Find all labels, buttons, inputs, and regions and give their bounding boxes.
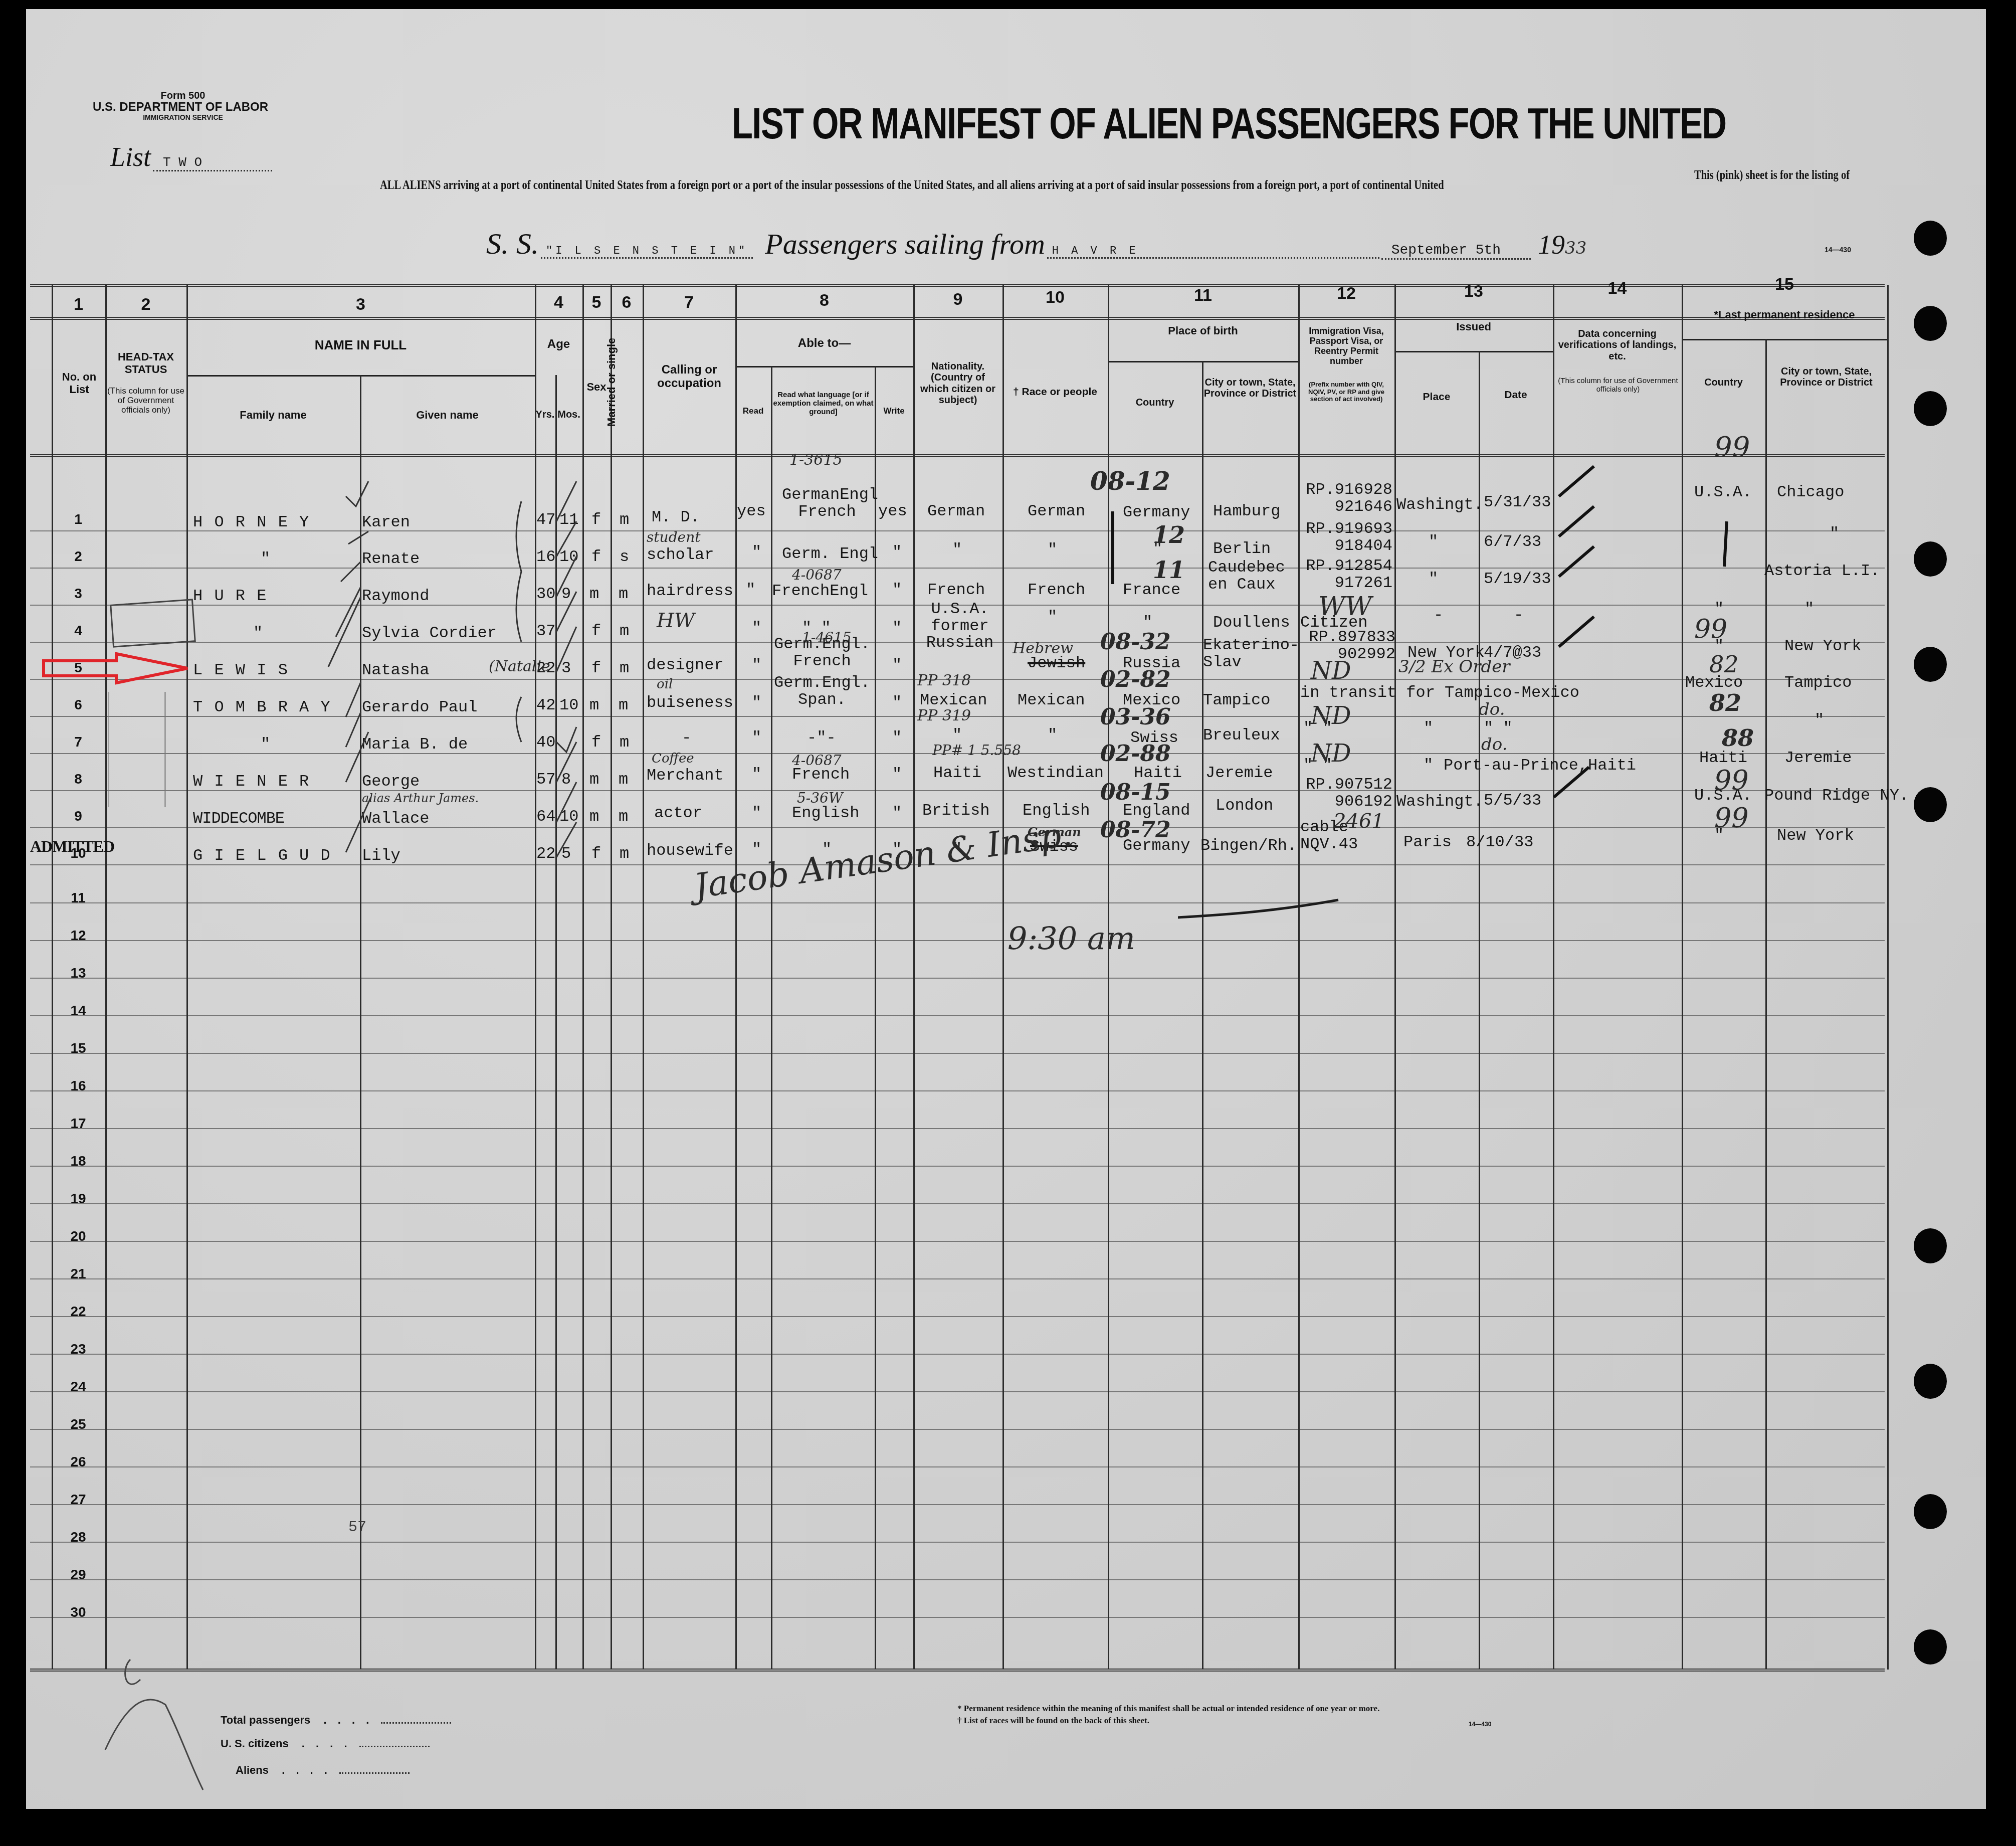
col-line: [186, 285, 188, 1670]
issued-date: 6/7/33: [1484, 533, 1541, 550]
issued-date: Port-au-Prince,Haiti: [1444, 757, 1636, 774]
birth-country: France: [1123, 582, 1180, 599]
col-line: [535, 285, 536, 1670]
header-residence-city: City or town, State, Province or Distric…: [1765, 366, 1887, 389]
punch-hole: [1914, 1364, 1947, 1399]
header-head-tax-status: HEAD-TAX STATUS: [106, 351, 185, 376]
race: ": [1048, 727, 1057, 744]
handwritten-cert-3: 4-0687: [792, 567, 842, 583]
issued-place: ": [1424, 757, 1433, 774]
row-rule: [30, 1053, 1885, 1054]
issued-date: -: [1514, 607, 1523, 624]
col-line: [1002, 285, 1004, 1670]
race: German: [1028, 503, 1085, 520]
can-read: ": [752, 544, 761, 561]
row-number: 11: [53, 890, 103, 906]
col-line: [1202, 361, 1203, 1670]
marital-status: m: [620, 734, 629, 751]
row-rule: [30, 1354, 1885, 1355]
issued-place: Washingt.: [1396, 496, 1483, 513]
age-months: 10: [559, 697, 578, 714]
header-last-residence: *Last permanent residence: [1682, 309, 1887, 321]
birth-city: London: [1216, 797, 1273, 814]
row-number: 1: [53, 511, 103, 527]
birth-city: Caudebec en Caux: [1208, 559, 1298, 593]
visa-number: RP.912854 917261: [1300, 558, 1392, 591]
row-number: 4: [53, 623, 103, 639]
row-number: 19: [53, 1191, 103, 1207]
col-line: [1765, 339, 1767, 1670]
race: Mexican: [1018, 692, 1085, 709]
family-name: ": [261, 736, 270, 753]
issued-place: Paris: [1403, 834, 1452, 851]
given-name: Gerardo Paul: [362, 699, 477, 716]
punch-hole: [1914, 787, 1947, 822]
languages: GermanEngl French: [782, 486, 872, 520]
row-rule: [30, 940, 1885, 941]
nationality: French: [927, 582, 985, 599]
row-number: 29: [53, 1567, 103, 1583]
row-rule: [30, 1241, 1885, 1242]
issued-date: 5/19/33: [1484, 571, 1551, 588]
family-name: H U R E: [193, 588, 267, 605]
residence-city: ": [1815, 712, 1824, 729]
handwritten-code: 08-15: [1100, 780, 1171, 805]
aliens-label: Aliens: [236, 1764, 269, 1776]
given-name: Wallace: [362, 810, 429, 827]
table-bottom-rule: [30, 1669, 1885, 1672]
marital-status: m: [619, 697, 628, 714]
given-name: Karen: [362, 514, 410, 531]
header-birth-country: Country: [1108, 397, 1202, 408]
row-rule: [30, 1278, 1885, 1279]
residence-country: U.S.A.: [1694, 484, 1752, 501]
nationality: U.S.A. former Russian: [917, 601, 1002, 651]
birth-city: Breuleux: [1203, 727, 1280, 744]
birth-city: Ekaterino- Slav: [1203, 637, 1298, 670]
header-bottom-rule: [30, 454, 1885, 457]
col-number: 6: [611, 293, 643, 312]
issued-place: -: [1434, 607, 1443, 624]
punch-hole: [1914, 541, 1947, 577]
dots: . . . .: [323, 1714, 373, 1726]
handwritten-alias: alias Arthur James.: [362, 791, 479, 805]
subtitle-line-1: ALL ALIENS arriving at a port of contine…: [380, 178, 1444, 193]
head-tax-stamp: [110, 599, 196, 647]
col-number: 5: [582, 293, 611, 312]
can-read: ": [752, 657, 761, 674]
birth-city: Hamburg: [1213, 503, 1280, 520]
col-line: [771, 366, 772, 1670]
handwritten-res-code: 82: [1709, 651, 1739, 678]
family-name: ": [261, 550, 270, 568]
marital-status: m: [620, 623, 629, 640]
family-name: ": [253, 625, 263, 642]
can-write: ": [892, 582, 902, 599]
can-write: ": [892, 729, 902, 747]
row-rule: [30, 978, 1885, 979]
residence-city: ": [1804, 601, 1814, 618]
age-years: 37: [536, 623, 555, 640]
languages: English: [792, 805, 859, 822]
sailing-date: September 5th: [1381, 243, 1531, 260]
visa-number: RP.919693 918404: [1300, 520, 1392, 554]
sailing-port: H A V R E: [1047, 245, 1379, 259]
marital-status: m: [619, 771, 628, 788]
row-number: 18: [53, 1153, 103, 1169]
handwritten-ditto: do.: [1479, 699, 1505, 719]
residence-city: Astoria L.I.: [1764, 563, 1880, 580]
issued-place: Washingt.: [1396, 793, 1483, 810]
col-number: 1: [52, 295, 105, 314]
sex: m: [589, 771, 599, 788]
handwritten-code: 08-12: [1090, 466, 1170, 496]
marital-status: m: [620, 845, 629, 862]
age-months: 9: [561, 586, 571, 603]
given-name: Renate: [362, 550, 420, 568]
subtitle-line-2: This (pink) sheet is for the listing of: [1694, 168, 1850, 182]
can-read: ": [752, 766, 761, 783]
us-citizens-label: U. S. citizens: [221, 1737, 289, 1750]
sex: f: [591, 660, 601, 677]
header-able-to: Able to—: [735, 337, 913, 350]
form-code-bottom: 14—430: [1469, 1721, 1491, 1728]
header-issued: Issued: [1394, 321, 1553, 333]
row-rule: [30, 1617, 1885, 1618]
race: French: [1028, 582, 1085, 599]
row-number: 16: [53, 1078, 103, 1094]
residence-city: ": [1830, 525, 1839, 542]
can-write: ": [892, 620, 902, 637]
row-rule: [30, 1466, 1885, 1467]
total-passengers-label: Total passengers: [221, 1714, 310, 1726]
col-line: [360, 375, 361, 1670]
handwritten-res-code: 99: [1714, 802, 1749, 834]
row-rule: [30, 1504, 1885, 1505]
occupation: hairdress: [647, 583, 733, 600]
handwritten-hw: HW: [657, 609, 695, 632]
row-number: 8: [53, 771, 103, 787]
row-rule: [30, 1166, 1885, 1167]
age-years: 22: [536, 845, 555, 862]
col-line: [1553, 285, 1554, 1670]
sex: m: [589, 586, 599, 603]
total-passengers-row: Total passengers . . . .: [221, 1714, 451, 1727]
handwritten-cert-8: 4-0687: [792, 752, 842, 769]
col-number: 4: [535, 293, 582, 312]
header-verifications: Data concerning verifications of landing…: [1556, 328, 1678, 362]
col-number: 15: [1682, 275, 1887, 294]
handwritten-code: 02-82: [1100, 667, 1171, 692]
header-verifications-note: (This column for use of Government offic…: [1558, 377, 1678, 394]
handwritten-code: 08-72: [1100, 817, 1171, 843]
form-code-top: 14—430: [1825, 246, 1851, 254]
handwritten-natalie: (Natalie: [489, 658, 550, 675]
residence-sub-rule: [1682, 339, 1887, 340]
col-line: [643, 285, 644, 1670]
total-passengers-field[interactable]: [381, 1722, 451, 1724]
languages: FrenchEngl: [772, 583, 868, 600]
row-number: 15: [53, 1040, 103, 1056]
handwritten-code: 03-36: [1100, 704, 1171, 730]
birth-city: Berlin: [1213, 540, 1271, 558]
age-years: 30: [536, 586, 555, 603]
header-age: Age: [535, 338, 582, 351]
family-name: WIDDECOMBE: [193, 810, 284, 827]
handwritten-coffee: Coffee: [652, 751, 694, 766]
sex: f: [591, 734, 601, 751]
family-name: H O R N E Y: [193, 514, 310, 531]
header-issued-date: Date: [1479, 389, 1553, 401]
age-months: 11: [559, 511, 578, 528]
marital-status: s: [620, 548, 629, 566]
row-number: 22: [53, 1304, 103, 1320]
col-line: [735, 285, 737, 1670]
row-rule: [30, 1391, 1885, 1392]
handwritten-nd: ND: [1311, 702, 1351, 730]
col-line: [1682, 285, 1683, 1670]
sailing-label: Passengers sailing from: [765, 228, 1045, 260]
sex: f: [591, 511, 601, 528]
handwritten-res-code: 99: [1714, 765, 1749, 796]
header-visa-note: (Prefix number with QIV, NQIV, PV, or RP…: [1302, 381, 1390, 403]
header-write: Write: [875, 406, 913, 416]
residence-city: Jeremie: [1784, 750, 1852, 767]
col-number: 14: [1553, 279, 1682, 298]
languages: French: [792, 766, 850, 783]
aliens-field[interactable]: [339, 1772, 410, 1774]
handwritten-nd: ND: [1311, 657, 1351, 685]
row-rule: [30, 1128, 1885, 1129]
dots: . . . .: [302, 1737, 351, 1750]
issued-place: ": [1429, 571, 1438, 588]
race: ": [1048, 609, 1057, 626]
issued-date: 8/10/33: [1466, 834, 1533, 851]
age-years: 47: [536, 511, 555, 528]
can-read: ": [746, 582, 755, 599]
row-number: 21: [53, 1266, 103, 1282]
ship-label: S. S.: [486, 227, 539, 260]
row-number: 12: [53, 928, 103, 944]
can-read: ": [752, 694, 761, 711]
header-name-in-full: NAME IN FULL: [186, 338, 535, 352]
given-name: George: [362, 773, 420, 790]
occupation: M. D.: [652, 509, 700, 526]
visa-number: RP.916928 921646: [1300, 481, 1392, 515]
page-title: LIST OR MANIFEST OF ALIEN PASSENGERS FOR…: [732, 98, 1726, 149]
handwritten-code: 08-32: [1100, 629, 1171, 655]
row-number: 2: [53, 548, 103, 565]
punch-hole: [1914, 647, 1947, 682]
header-birth-city: City or town, State, Province or Distric…: [1202, 377, 1298, 400]
given-name: Natasha: [362, 662, 429, 679]
can-read: ": [752, 805, 761, 822]
race: ": [1048, 541, 1057, 559]
list-field: List T W O: [110, 141, 272, 172]
age-months: 5: [561, 845, 571, 862]
handwritten-pp319: PP 319: [917, 707, 971, 724]
head-tax-stamp: [108, 692, 166, 807]
occupation: scholar: [647, 546, 714, 564]
header-given-name: Given name: [360, 409, 535, 422]
issued-date: 5/5/33: [1484, 792, 1541, 809]
row-number: 26: [53, 1454, 103, 1470]
residence-city: New York: [1777, 827, 1854, 844]
age-months: 8: [561, 771, 571, 788]
row-rule: [30, 568, 1885, 569]
row-number: 6: [53, 697, 103, 713]
can-read: ": [752, 620, 761, 637]
row-rule: [30, 827, 1885, 828]
handwritten-cert-1: 1-3615: [789, 451, 843, 469]
residence-country: Haiti: [1699, 750, 1747, 767]
can-write: ": [892, 657, 902, 674]
col-line: [105, 285, 107, 1670]
service-name: IMMIGRATION SERVICE: [105, 113, 261, 121]
birth-country: Haiti: [1134, 765, 1182, 782]
header-age-mos: Mos.: [555, 409, 582, 420]
age-years: 42: [536, 697, 555, 714]
col-number: 11: [1108, 286, 1298, 305]
header-married-single: Married or single: [606, 337, 618, 427]
punch-hole: [1914, 391, 1947, 426]
aliens-row: Aliens . . . .: [236, 1764, 410, 1777]
family-name: L E W I S: [193, 662, 289, 679]
birth-country: Germany: [1123, 504, 1190, 521]
birth-city: Tampico: [1203, 692, 1270, 709]
can-write: yes: [878, 503, 907, 520]
col-line: [1298, 285, 1300, 1670]
can-write: ": [892, 694, 902, 711]
can-write: ": [892, 766, 902, 783]
family-name: W I E N E R: [193, 773, 310, 790]
given-name: Maria B. de: [362, 736, 468, 753]
handwritten-code: 02-88: [1100, 741, 1171, 767]
can-write: ": [892, 544, 902, 561]
signature-stroke: [1178, 897, 1343, 928]
header-residence-country: Country: [1682, 377, 1765, 388]
handwritten-initials: WW: [1318, 592, 1372, 622]
issued-place: ": [1429, 533, 1438, 550]
row-rule: [30, 1316, 1885, 1317]
col-number: 8: [735, 291, 913, 310]
handwritten-cert-5: 1-4615: [802, 629, 852, 646]
can-write: ": [892, 805, 902, 822]
header-head-tax-note: (This column for use of Government offic…: [106, 386, 185, 415]
handwritten-pp: PP# 1 5.558: [932, 742, 1021, 759]
birth-city: Doullens: [1213, 614, 1290, 631]
occupation: actor: [654, 805, 702, 822]
row-number: 25: [53, 1416, 103, 1432]
sex: m: [589, 808, 599, 825]
nationality: German: [927, 503, 985, 520]
row-number: 20: [53, 1228, 103, 1244]
can-read: yes: [737, 503, 766, 520]
nationality: Mexican: [920, 692, 987, 709]
languages: -"-: [807, 729, 836, 747]
row-rule: [30, 1542, 1885, 1543]
punch-hole: [1914, 1629, 1947, 1665]
header-issued-place: Place: [1394, 391, 1479, 403]
can-read: ": [752, 841, 761, 858]
col-line: [913, 285, 915, 1670]
visa-number: RP.907512 906192: [1300, 776, 1392, 810]
col-line: [611, 285, 612, 1670]
birth-city: Bingen/Rh.: [1200, 837, 1297, 854]
age-years: 64: [536, 808, 555, 825]
handwritten-res-code: 88: [1722, 724, 1754, 752]
handwritten-code: 12: [1153, 521, 1185, 548]
col-line: [1394, 285, 1396, 1670]
visa-number: in transit for Tampico-Mexico: [1300, 684, 1579, 701]
occupation: -: [682, 729, 691, 747]
given-name: Raymond: [362, 588, 429, 605]
highlight-arrow-icon: [41, 652, 191, 685]
age-years: 40: [536, 734, 555, 751]
header-family-name: Family name: [186, 409, 360, 422]
sex: f: [591, 548, 601, 566]
marital-status: m: [620, 511, 629, 528]
col-number: 7: [643, 293, 735, 312]
given-name: Lily: [362, 847, 400, 864]
col-line: [1887, 285, 1889, 1670]
col-number: 3: [186, 295, 535, 314]
us-citizens-field[interactable]: [359, 1746, 430, 1747]
handwritten-nd: ND: [1311, 740, 1351, 768]
handwritten-res-code: 99: [1694, 614, 1727, 644]
row-number: 30: [53, 1604, 103, 1620]
occupation: housewife: [647, 842, 733, 859]
race: Jewish: [1028, 655, 1085, 672]
dots: . . . .: [282, 1764, 331, 1776]
row-number: 24: [53, 1379, 103, 1395]
handwritten-ditto: do.: [1481, 734, 1507, 755]
col-number: 10: [1002, 288, 1108, 307]
row-number: 7: [53, 734, 103, 750]
footnote-races: † List of races will be found on the bac…: [957, 1716, 1149, 1726]
punch-hole: [1914, 1228, 1947, 1263]
sex: f: [591, 845, 601, 862]
nationality: Haiti: [933, 765, 981, 782]
header-race: † Race or people: [1002, 386, 1108, 398]
age-months: 10: [559, 808, 578, 825]
footnote-residence: * Permanent residence within the meaning…: [957, 1704, 1379, 1714]
ship-name: "I L S E N S T E I N": [541, 245, 753, 259]
nationality: British: [922, 802, 989, 819]
handwritten-oil: oil: [657, 677, 673, 692]
row-rule: [30, 1015, 1885, 1016]
header-no-on-list: No. on List: [53, 371, 105, 396]
sex: f: [591, 623, 601, 640]
handwritten-student: student: [647, 529, 700, 545]
row-number: 9: [53, 808, 103, 824]
us-citizens-row: U. S. citizens . . . .: [221, 1737, 430, 1750]
row-number: 14: [53, 1003, 103, 1019]
ship-line: S. S. "I L S E N S T E I N" Passengers s…: [486, 227, 1586, 261]
header-calling-occupation: Calling or occupation: [647, 363, 732, 391]
header-place-of-birth: Place of birth: [1108, 325, 1298, 337]
row-number: 17: [53, 1116, 103, 1132]
list-value: T W O: [153, 155, 272, 171]
row-rule: [30, 1429, 1885, 1430]
handwritten-res-code: 82: [1709, 689, 1741, 716]
age-months: 3: [561, 660, 571, 677]
handwritten-time: 9:30 am: [1007, 920, 1135, 957]
race: Westindian: [1007, 765, 1104, 782]
birth-city: Jeremie: [1205, 765, 1273, 782]
sex: m: [589, 697, 599, 714]
row-number: 27: [53, 1492, 103, 1508]
